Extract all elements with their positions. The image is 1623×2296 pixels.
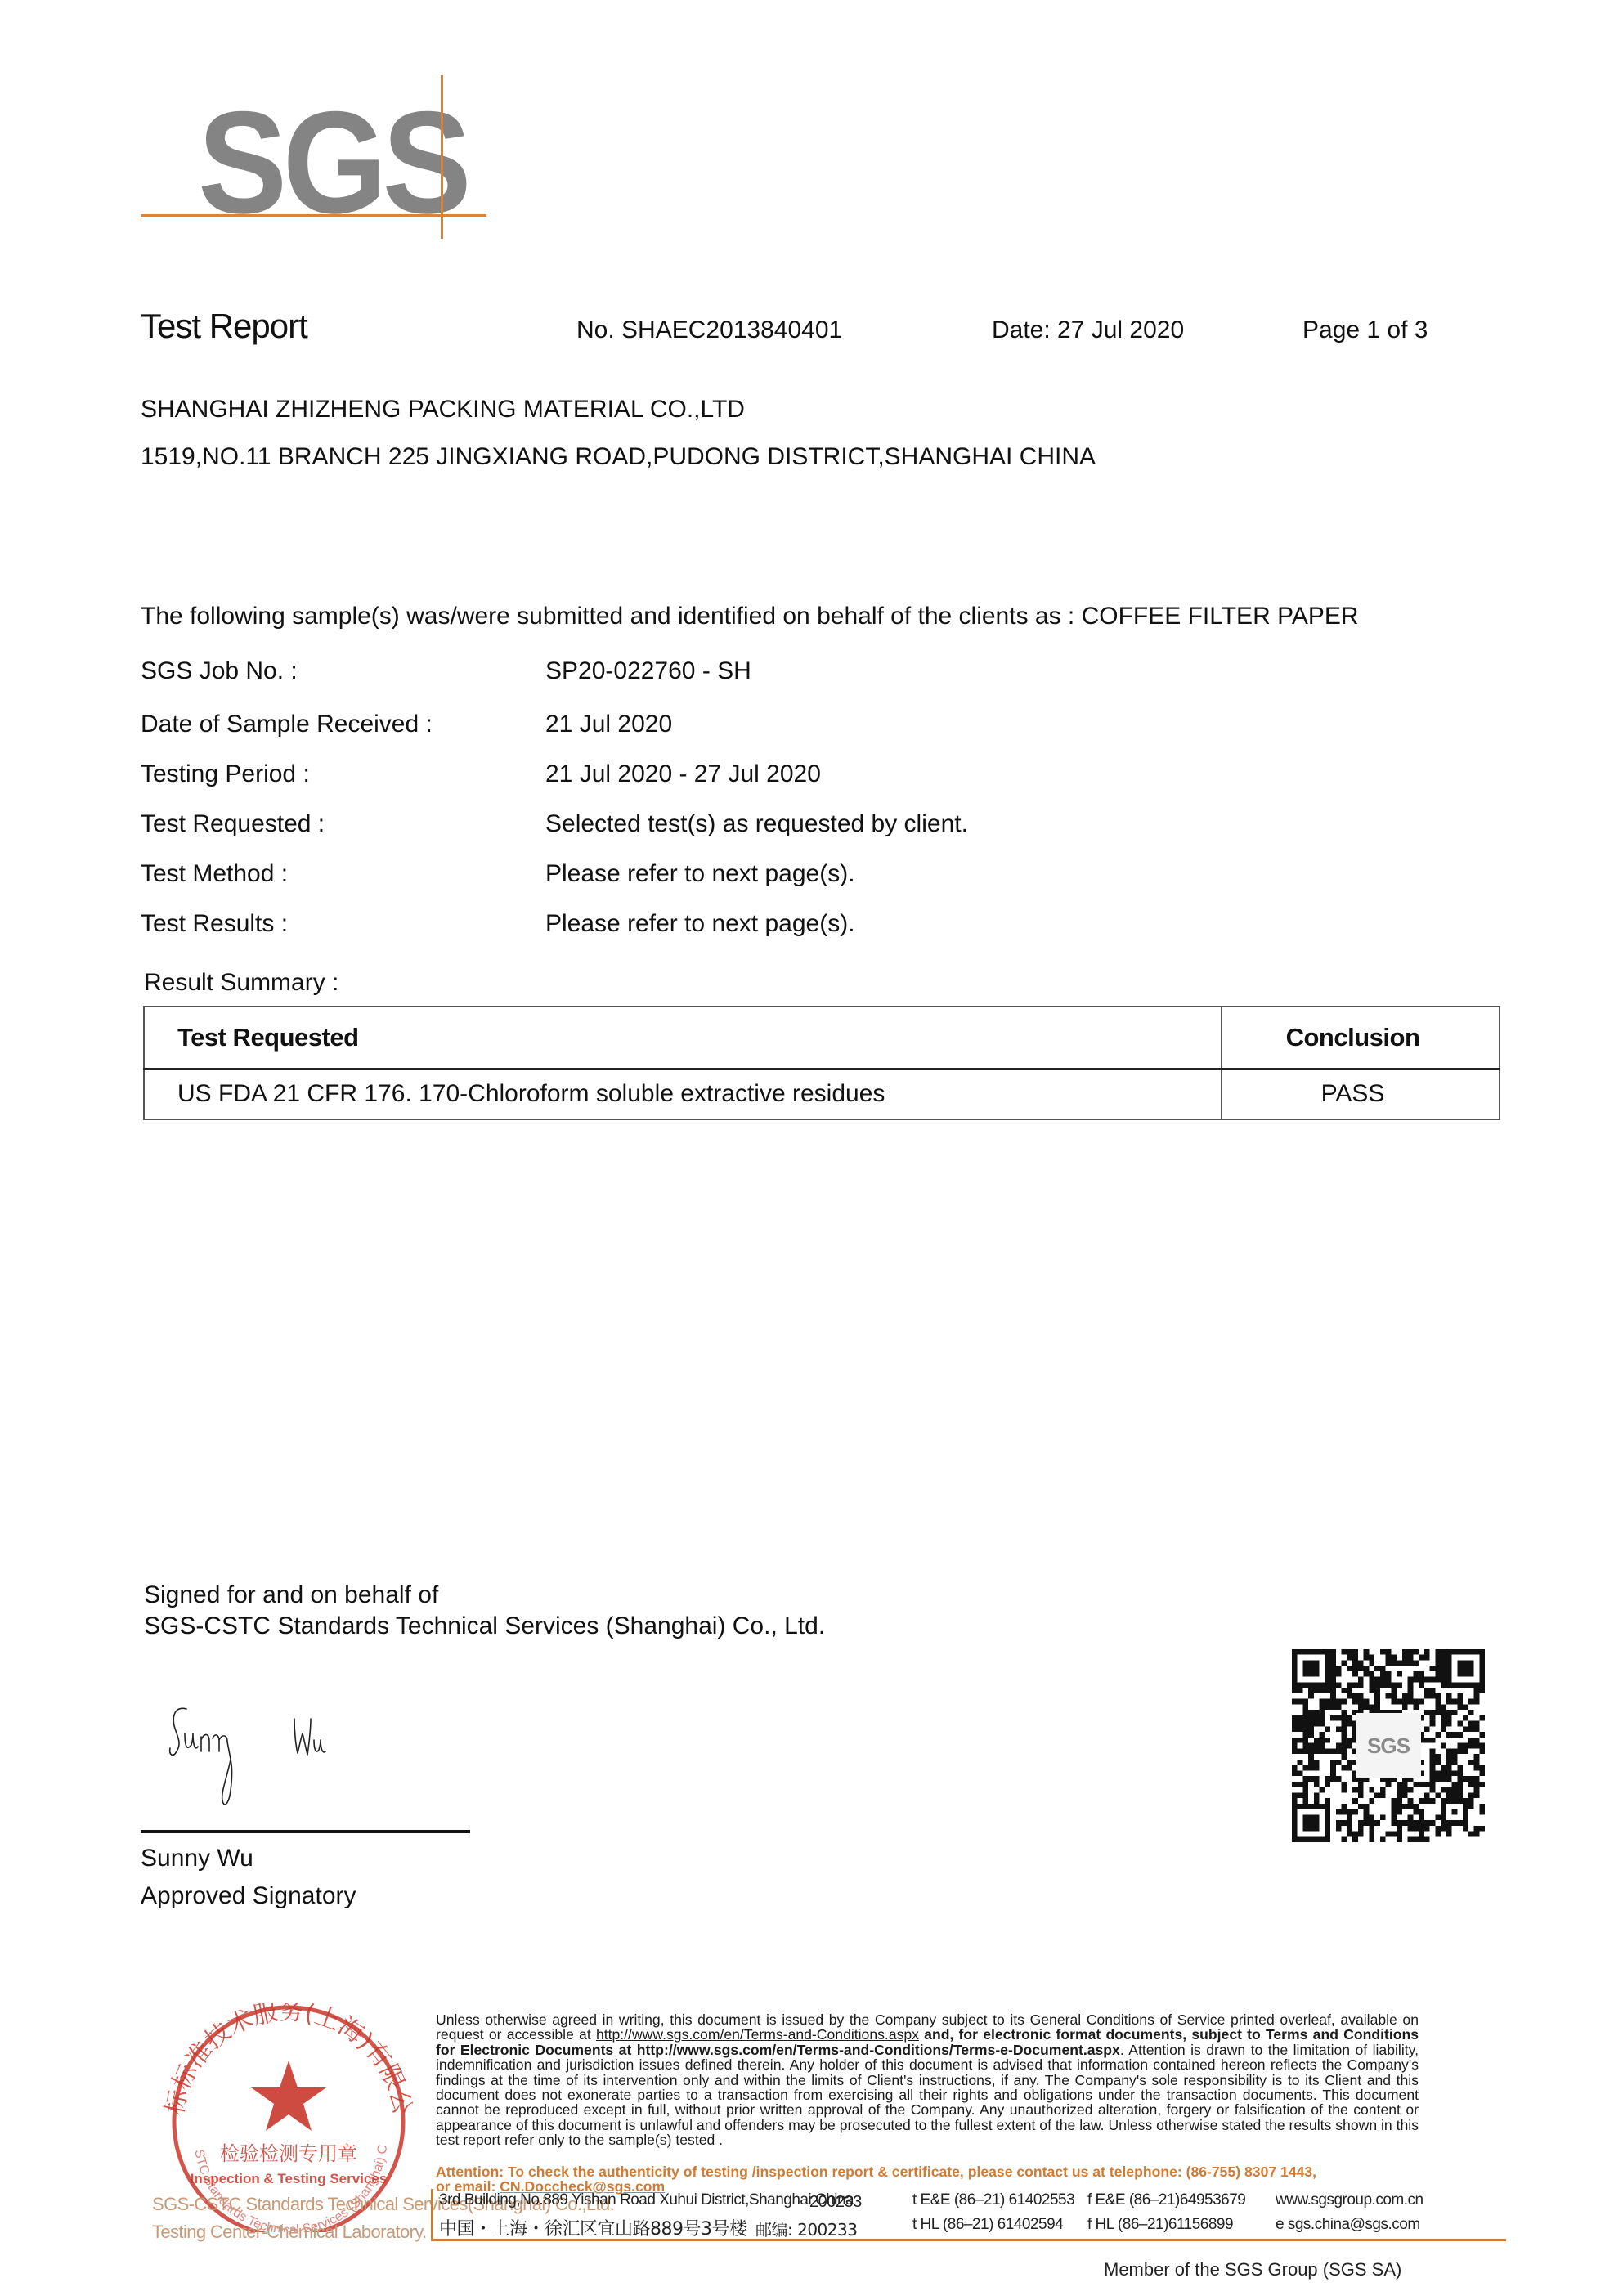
svg-text:Inspection & Testing Services: Inspection & Testing Services xyxy=(191,2171,388,2186)
field-label-testing-period: Testing Period : xyxy=(141,760,310,788)
field-label-test-results: Test Results : xyxy=(141,910,288,938)
fax-hl: f HL (86–21)61156899 xyxy=(1087,2216,1233,2234)
verification-qr-code[interactable]: SGS xyxy=(1286,1644,1491,1848)
qr-center-label: SGS xyxy=(1367,1733,1410,1759)
table-row: US FDA 21 CFR 176. 170-Chloroform solubl… xyxy=(144,1069,1500,1119)
footer-rule xyxy=(431,2239,1506,2241)
postcode-en: 200233 xyxy=(809,2193,862,2212)
logo-horizontal-rule xyxy=(141,214,486,217)
signing-company: SGS-CSTC Standards Technical Services (S… xyxy=(144,1612,825,1640)
column-header-conclusion: Conclusion xyxy=(1222,1007,1500,1069)
signature-line xyxy=(141,1830,470,1833)
field-label-test-method: Test Method : xyxy=(141,860,288,888)
lab-name-line2: Testing Center-Chemical Laboratory. xyxy=(152,2222,427,2243)
signatory-name: Sunny Wu xyxy=(141,1845,253,1872)
client-address: 1519,NO.11 BRANCH 225 JINGXIANG ROAD,PUD… xyxy=(141,443,1096,471)
result-summary-label: Result Summary : xyxy=(144,969,338,997)
legal-disclaimer: Unless otherwise agreed in writing, this… xyxy=(436,2012,1419,2148)
field-value-test-method: Please refer to next page(s). xyxy=(545,860,855,888)
field-label-test-requested: Test Requested : xyxy=(141,810,325,838)
svg-text:检验检测专用章: 检验检测专用章 xyxy=(220,2142,357,2165)
field-value-date-received: 21 Jul 2020 xyxy=(545,711,672,738)
cell-test-name: US FDA 21 CFR 176. 170-Chloroform solubl… xyxy=(144,1069,1222,1119)
handwritten-signature xyxy=(164,1701,376,1815)
field-label-date-received: Date of Sample Received : xyxy=(141,711,433,738)
qr-center-badge: SGS xyxy=(1356,1713,1421,1778)
sgs-logo: SGS xyxy=(141,75,492,243)
field-value-test-results: Please refer to next page(s). xyxy=(545,910,855,938)
report-title: Test Report xyxy=(141,307,307,346)
field-label-job-no: SGS Job No. : xyxy=(141,657,298,685)
disclaimer-text-part3: . Attention is drawn to the limitation o… xyxy=(436,2042,1419,2148)
contact-email-link[interactable]: e sgs.china@sgs.com xyxy=(1276,2216,1420,2234)
page-indicator: Page 1 of 3 xyxy=(1302,316,1428,344)
website-link[interactable]: www.sgsgroup.com.cn xyxy=(1276,2191,1423,2209)
e-document-terms-link[interactable]: http://www.sgs.com/en/Terms-and-Conditio… xyxy=(637,2042,1120,2058)
report-date: Date: 27 Jul 2020 xyxy=(992,316,1184,344)
member-statement: Member of the SGS Group (SGS SA) xyxy=(1104,2259,1401,2280)
signed-on-behalf-label: Signed for and on behalf of xyxy=(144,1581,438,1609)
signatory-title: Approved Signatory xyxy=(141,1882,356,1910)
address-cn: 中国・上海・徐汇区宜山路889号3号楼 xyxy=(439,2215,747,2240)
sample-intro: The following sample(s) was/were submitt… xyxy=(141,603,1359,630)
fax-ee: f E&E (86–21)64953679 xyxy=(1087,2191,1245,2209)
field-value-job-no: SP20-022760 - SH xyxy=(545,657,751,685)
logo-vertical-rule xyxy=(441,75,443,239)
stamp-star-icon xyxy=(251,2061,326,2131)
field-value-test-requested: Selected test(s) as requested by client. xyxy=(545,810,968,838)
field-value-testing-period: 21 Jul 2020 - 27 Jul 2020 xyxy=(545,760,821,788)
table-header-row: Test Requested Conclusion xyxy=(144,1007,1500,1069)
result-summary-table: Test Requested Conclusion US FDA 21 CFR … xyxy=(143,1006,1500,1120)
column-header-test-requested: Test Requested xyxy=(144,1007,1222,1069)
address-en: 3rd Building,No.889 Yishan Road Xuhui Di… xyxy=(439,2191,854,2209)
phone-ee: t E&E (86–21) 61402553 xyxy=(912,2191,1074,2209)
postcode-cn: 邮编: 200233 xyxy=(755,2217,857,2240)
footer-accent-bar xyxy=(431,2189,433,2240)
authenticity-notice: Attention: To check the authenticity of … xyxy=(436,2164,1419,2195)
phone-hl: t HL (86–21) 61402594 xyxy=(912,2216,1063,2234)
authenticity-text: Attention: To check the authenticity of … xyxy=(436,2164,1419,2179)
terms-link[interactable]: http://www.sgs.com/en/Terms-and-Conditio… xyxy=(596,2026,919,2043)
cell-conclusion: PASS xyxy=(1222,1069,1500,1119)
report-number: No. SHAEC2013840401 xyxy=(576,316,842,344)
client-name: SHANGHAI ZHIZHENG PACKING MATERIAL CO.,L… xyxy=(141,396,745,424)
